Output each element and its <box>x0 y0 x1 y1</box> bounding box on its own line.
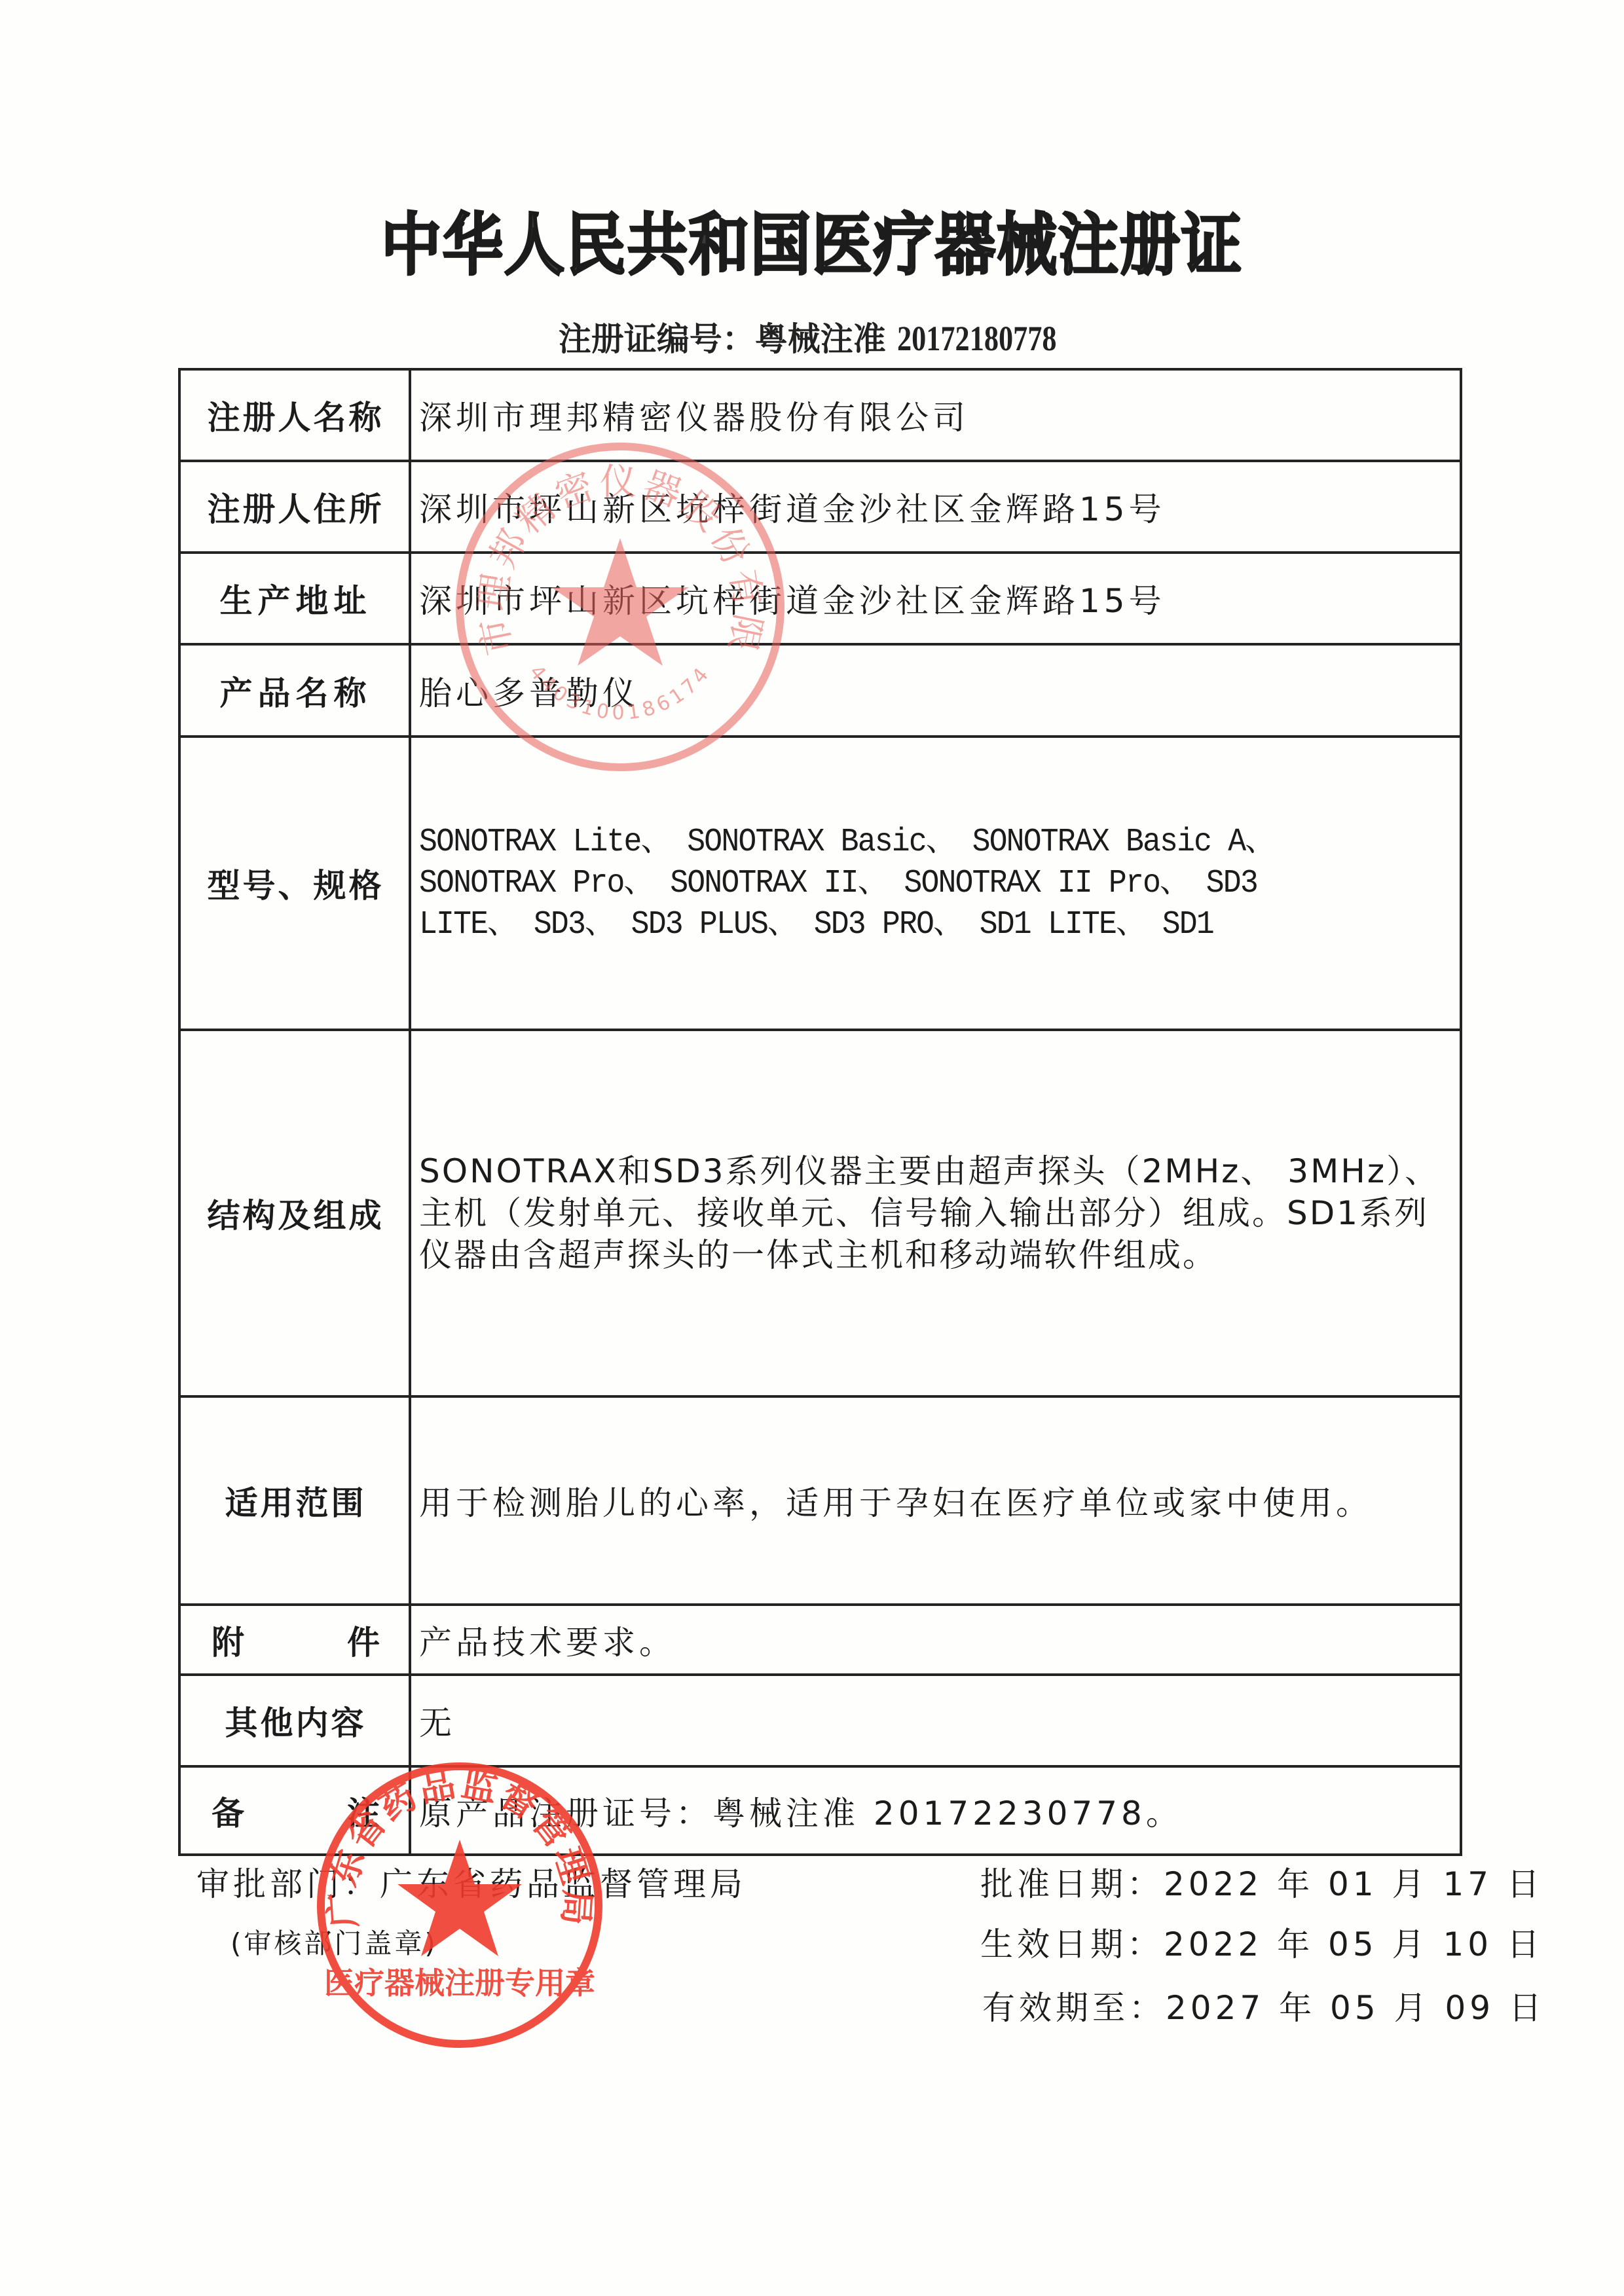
official-seal-purpose: 医疗器械注册专用章 <box>324 1965 595 2001</box>
label-remarks-part-a: 备 <box>212 1787 244 1834</box>
label-attachment: 附 件 <box>181 1606 410 1673</box>
value-product-name: 胎心多普勒仪 <box>419 646 1454 735</box>
value-other-content: 无 <box>419 1676 1454 1765</box>
value-production-address: 深圳市坪山新区坑梓街道金沙社区金辉路15号 <box>419 554 1454 643</box>
effective-date: 生效日期：2022 年 05 月 10 日 <box>980 1918 1543 1965</box>
label-attachment-part-a: 附 <box>212 1616 244 1664</box>
certificate-number-value: 20172180778 <box>897 318 1057 359</box>
label-structure: 结构及组成 <box>181 1031 410 1395</box>
label-attachment-part-b: 件 <box>347 1616 380 1664</box>
label-other-content: 其他内容 <box>181 1676 410 1765</box>
table-border-left <box>178 368 181 1856</box>
certificate-number: 注册证编号：粤械注准 20172180778 <box>0 313 1624 360</box>
value-registrant-name: 深圳市理邦精密仪器股份有限公司 <box>419 371 1454 460</box>
valid-until-date: 有效期至：2027 年 05 月 09 日 <box>982 1982 1545 2029</box>
value-registrant-address: 深圳市坪山新区坑梓街道金沙社区金辉路15号 <box>419 462 1454 551</box>
approval-date: 批准日期：2022 年 01 月 17 日 <box>980 1858 1543 1905</box>
label-remarks-part-b: 注 <box>347 1787 380 1834</box>
table-border-bottom <box>179 1853 1462 1856</box>
model-list: SONOTRAX Lite、 SONOTRAX Basic、 SONOTRAX … <box>419 822 1381 945</box>
label-intended-use: 适用范围 <box>181 1398 410 1603</box>
structure-text: SONOTRAX和SD3系列仪器主要由超声探头（2MHz、 3MHz）、主机（发… <box>419 1150 1441 1276</box>
value-remarks: 原产品注册证号：粤械注准 20172230778。 <box>419 1768 1454 1853</box>
approval-department-note: (审核部门盖章) <box>231 1922 438 1961</box>
label-model-spec: 型号、规格 <box>181 738 410 1029</box>
label-registrant-name: 注册人名称 <box>181 371 410 460</box>
value-model-spec: SONOTRAX Lite、 SONOTRAX Basic、 SONOTRAX … <box>419 738 1454 1029</box>
certificate-number-label: 注册证编号：粤械注准 <box>559 320 886 358</box>
value-structure: SONOTRAX和SD3系列仪器主要由超声探头（2MHz、 3MHz）、主机（发… <box>419 1031 1454 1395</box>
value-intended-use: 用于检测胎儿的心率，适用于孕妇在医疗单位或家中使用。 <box>419 1398 1454 1603</box>
label-production-address: 生产地址 <box>181 554 410 643</box>
label-product-name: 产品名称 <box>181 646 410 735</box>
label-remarks: 备 注 <box>181 1768 410 1853</box>
label-registrant-address: 注册人住所 <box>181 462 410 551</box>
table-border-right <box>1460 368 1462 1856</box>
value-attachment: 产品技术要求。 <box>419 1606 1454 1673</box>
approval-department: 审批部门：广东省药品监督管理局 <box>196 1858 747 1905</box>
document-title: 中华人民共和国医疗器械注册证 <box>0 191 1624 288</box>
